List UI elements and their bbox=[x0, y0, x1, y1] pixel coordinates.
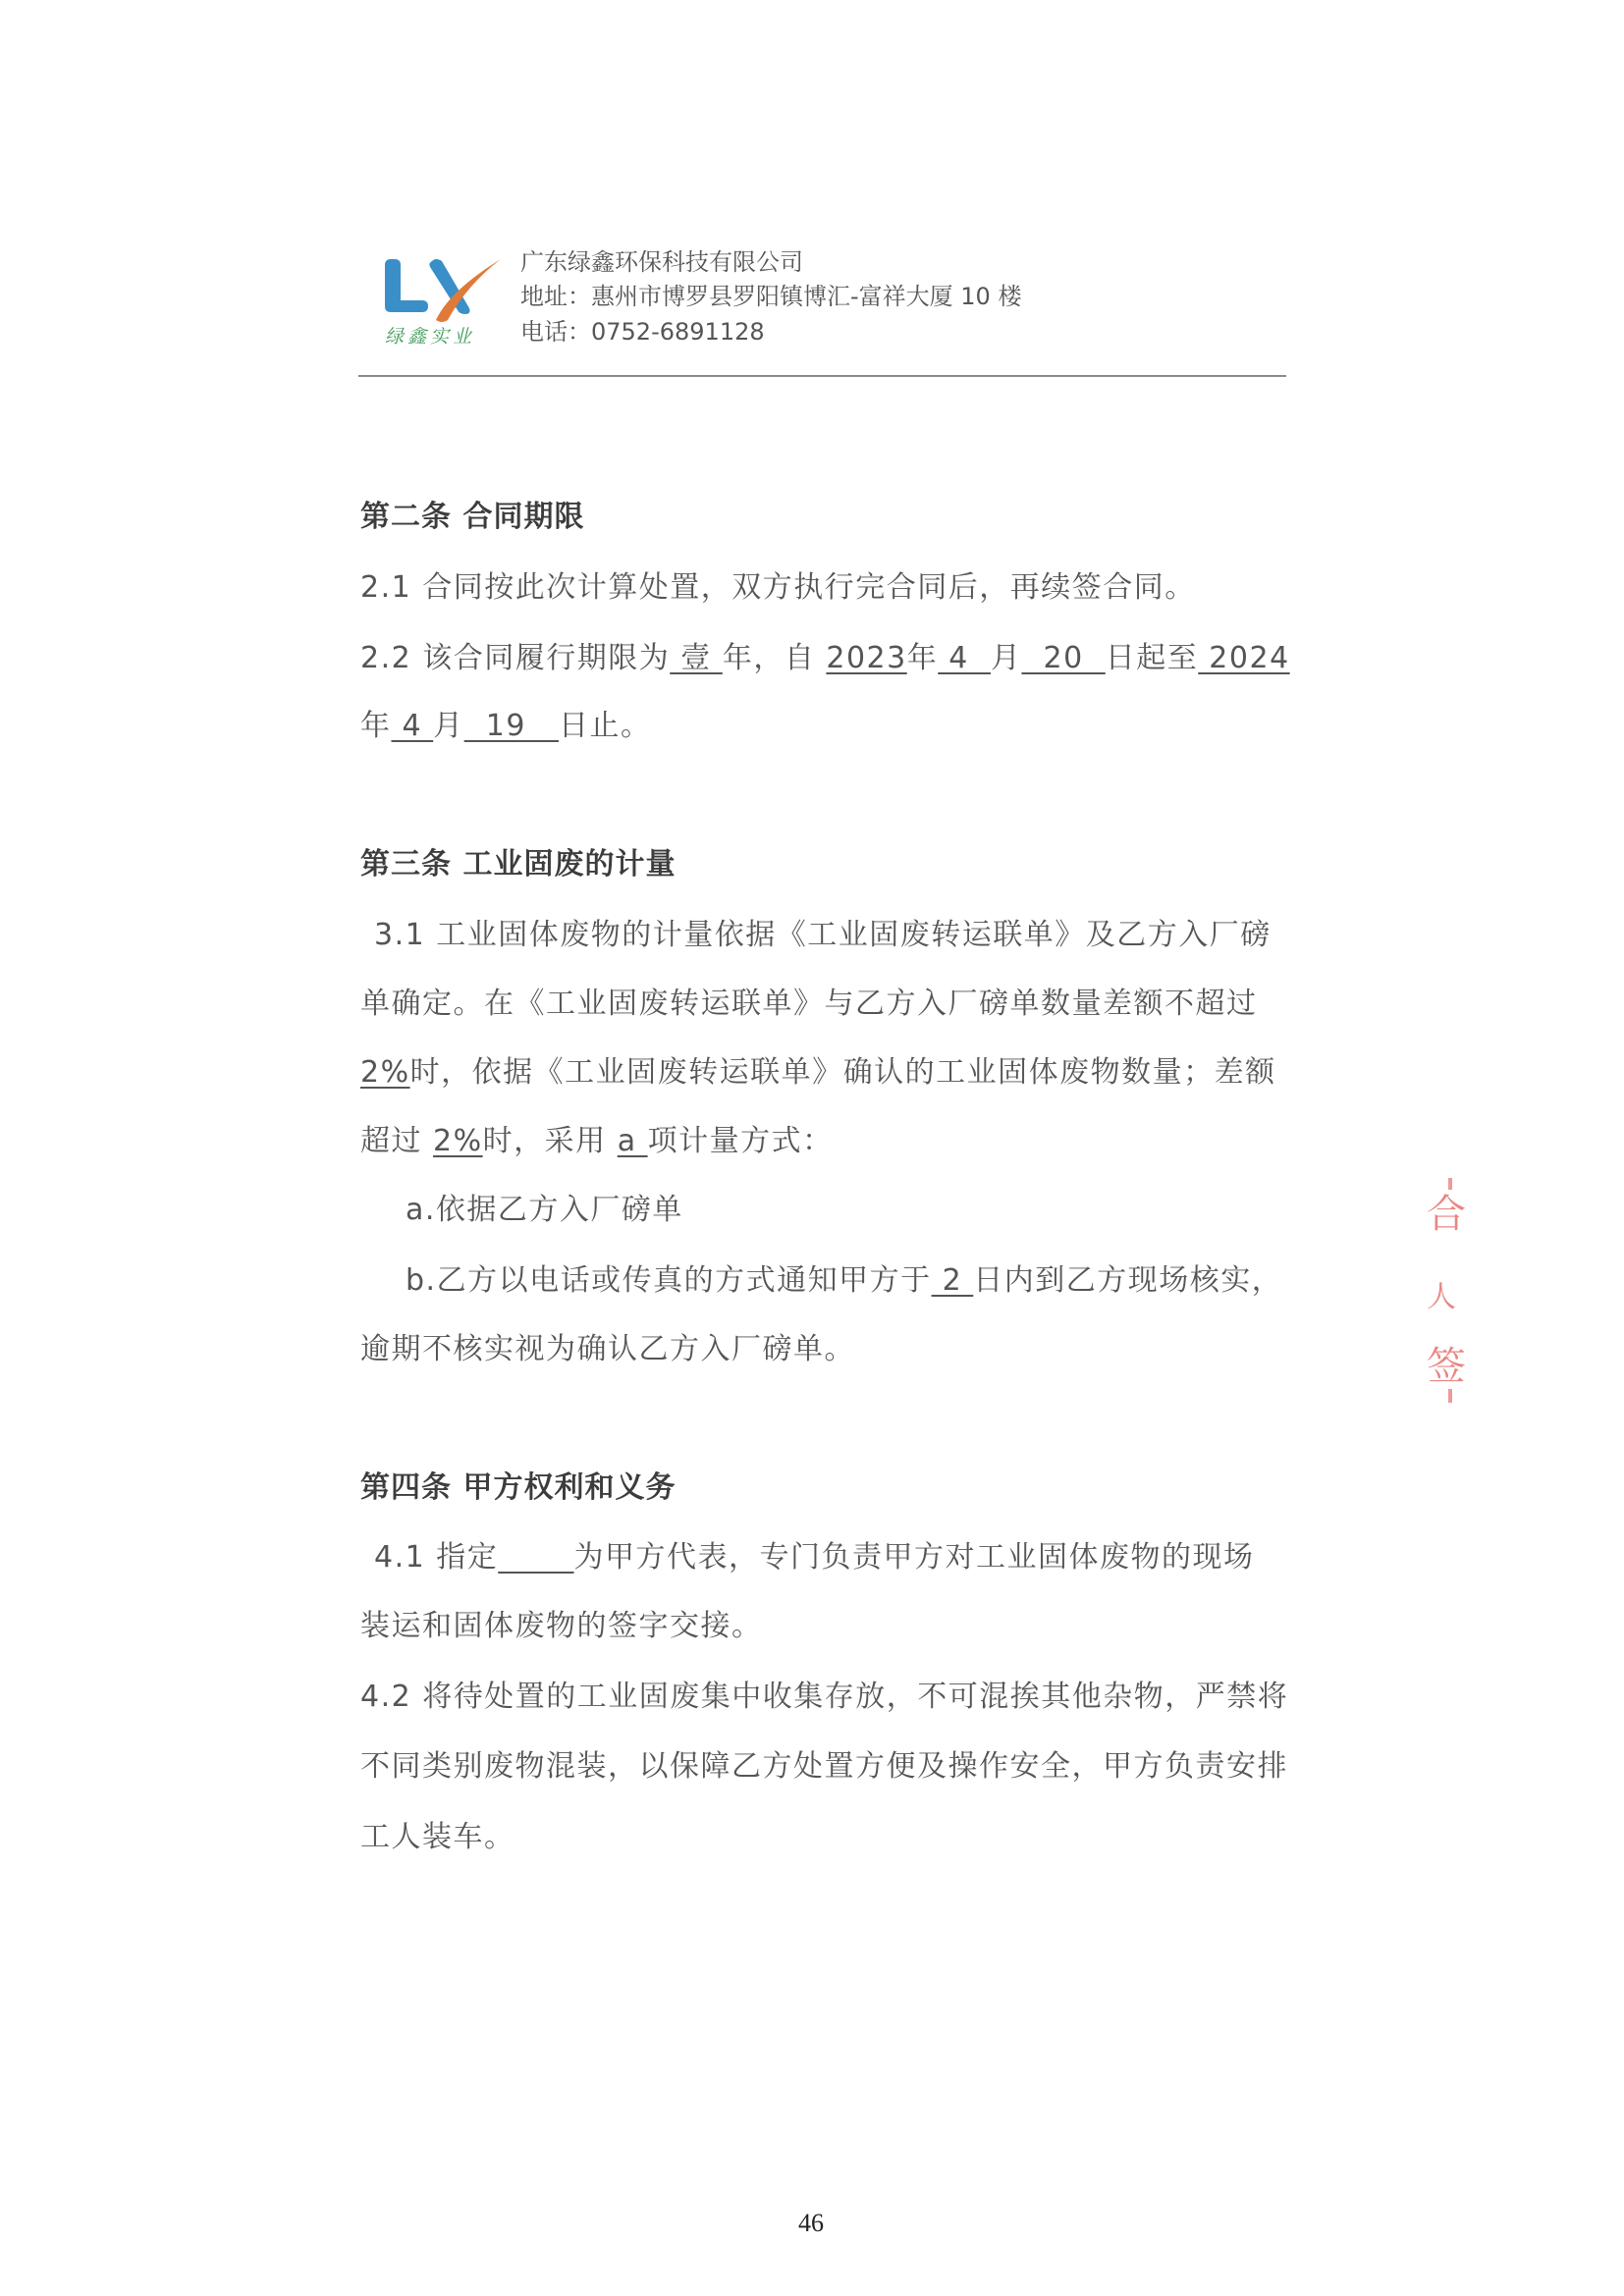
seal-char: 合 bbox=[1427, 1193, 1456, 1236]
clause-4-2-line2: 不同类别废物混装，以保障乙方处置方便及操作安全，甲方负责安排 bbox=[360, 1747, 1288, 1787]
clause-text: 日起至 bbox=[1106, 641, 1199, 675]
section-heading: 第二条 合同期限 bbox=[360, 498, 584, 537]
end-month-field: 4 bbox=[392, 709, 434, 743]
verify-days-field: 2 bbox=[932, 1263, 974, 1298]
clause-3-1-line4: 超过 2%时，采用 a 项计量方式： bbox=[360, 1122, 834, 1161]
start-day-field: 20 bbox=[1021, 641, 1105, 675]
clause-text: 2.2 该合同履行期限为 bbox=[360, 641, 670, 675]
clause-text: 年 bbox=[360, 709, 392, 743]
logo-caption: 绿鑫实业 bbox=[385, 322, 475, 348]
clause-4-2: 4.2 将待处置的工业固废集中收集存放，不可混挨其他杂物，严禁将 bbox=[360, 1678, 1288, 1717]
clause-4-1-line2: 装运和固体废物的签字交接。 bbox=[360, 1607, 763, 1646]
clause-3-1-line2: 单确定。在《工业固废转运联单》与乙方入厂磅单数量差额不超过 bbox=[360, 985, 1258, 1024]
clause-text: 月 bbox=[991, 641, 1022, 675]
section-heading: 第四条 甲方权利和义务 bbox=[360, 1468, 676, 1508]
clause-text: 为甲方代表，专门负责甲方对工业固体废物的现场 bbox=[574, 1540, 1255, 1575]
option-b-line2: 逾期不核实视为确认乙方入厂磅单。 bbox=[360, 1330, 855, 1369]
seal-mark bbox=[1448, 1389, 1452, 1403]
clause-text: 4.1 指定 bbox=[374, 1540, 498, 1575]
tolerance-percent: 2% bbox=[360, 1055, 410, 1090]
option-a: a.依据乙方入厂磅单 bbox=[406, 1191, 683, 1230]
clause-2-1: 2.1 合同按此次计算处置，双方执行完合同后，再续签合同。 bbox=[360, 568, 1196, 608]
clause-4-1: 4.1 指定 为甲方代表，专门负责甲方对工业固体废物的现场 bbox=[374, 1538, 1255, 1577]
seal-mark bbox=[1448, 1178, 1452, 1190]
clause-text: b.乙方以电话或传真的方式通知甲方于 bbox=[406, 1263, 932, 1298]
clause-3-1-line3: 2%时，依据《工业固废转运联单》确认的工业固体废物数量；差额 bbox=[360, 1053, 1276, 1093]
clause-4-2-line3: 工人装车。 bbox=[360, 1818, 515, 1857]
start-year-field: 2023 bbox=[826, 641, 906, 675]
end-year-field: 2024 bbox=[1198, 641, 1289, 675]
clause-2-2: 2.2 该合同履行期限为 壹 年，自 2023年 4 月 20 日起至 2024 bbox=[360, 639, 1290, 678]
selected-option-field: a bbox=[618, 1124, 648, 1158]
end-day-field: 19 bbox=[464, 709, 559, 743]
page-number: 46 bbox=[798, 2209, 824, 2238]
clause-3-1: 3.1 工业固体废物的计量依据《工业固废转运联单》及乙方入厂磅 bbox=[374, 916, 1272, 955]
company-phone: 电话：0752-6891128 bbox=[520, 317, 765, 347]
clause-text: 年，自 bbox=[723, 641, 827, 675]
company-name: 广东绿鑫环保科技有限公司 bbox=[520, 247, 803, 277]
clause-text: 时，采用 bbox=[483, 1124, 618, 1158]
start-month-field: 4 bbox=[938, 641, 991, 675]
header-divider bbox=[358, 375, 1286, 377]
section-heading: 第三条 工业固废的计量 bbox=[360, 845, 676, 884]
clause-text: 时，依据《工业固废转运联单》确认的工业固体废物数量；差额 bbox=[410, 1055, 1276, 1090]
clause-text: 日止。 bbox=[559, 709, 652, 743]
clause-text: 项计量方式： bbox=[648, 1124, 834, 1158]
seal-char: 人 bbox=[1427, 1276, 1456, 1319]
clause-text: 超过 bbox=[360, 1124, 433, 1158]
representative-blank-field bbox=[498, 1540, 573, 1575]
term-years-field: 壹 bbox=[670, 641, 723, 675]
clause-2-2-cont: 年 4 月 19 日止。 bbox=[360, 707, 652, 746]
clause-text: 年 bbox=[907, 641, 939, 675]
tolerance-percent: 2% bbox=[433, 1124, 483, 1158]
option-b: b.乙方以电话或传真的方式通知甲方于 2 日内到乙方现场核实， bbox=[406, 1261, 1282, 1301]
company-address: 地址：惠州市博罗县罗阳镇博汇-富祥大厦 10 楼 bbox=[520, 282, 1021, 311]
clause-text: 日内到乙方现场核实， bbox=[973, 1263, 1282, 1298]
seal-char: 签 bbox=[1427, 1345, 1456, 1388]
clause-text: 月 bbox=[433, 709, 464, 743]
